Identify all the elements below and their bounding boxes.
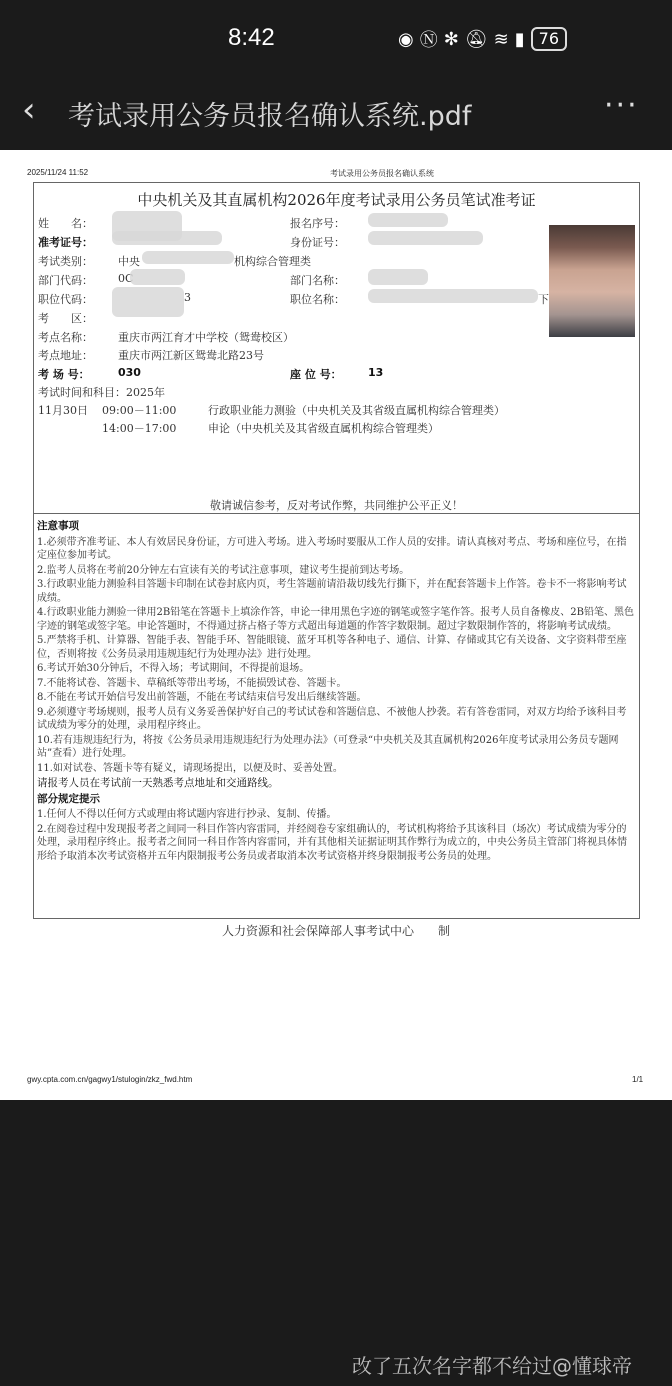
clock: 8:42 xyxy=(228,24,275,52)
notices-box: 注意事项 1.必须带齐准考证、本人有效居民身份证，方可进入考场。进入考场时要服从… xyxy=(33,513,640,919)
redacted-post-name xyxy=(368,289,538,303)
candidate-photo xyxy=(549,225,635,337)
address-label: 考点地址： xyxy=(38,347,93,363)
wifi-icon: ≋ xyxy=(494,29,509,50)
rule-item: 2.在阅卷过程中发现报考者之间同一科目作答内容雷同，并经阅卷专家组确认的，考试机… xyxy=(37,823,635,864)
note-item: 10.若有违规违纪行为，将按《公务员录用违规违纪行为处理办法》（可登录“中央机关… xyxy=(37,734,635,761)
redacted-id xyxy=(368,231,483,245)
post-code-label: 职位代码： xyxy=(38,291,93,307)
area-label: 考 区： xyxy=(38,310,93,326)
note-item: 8.不能在考试开始信号发出前答题，不能在考试结束信号发出后继续答题。 xyxy=(37,691,635,705)
pdf-page[interactable]: 2025/11/24 11:52 考试录用公务员报名确认系统 中央机关及其直属机… xyxy=(0,150,672,1100)
slot1-subject: 行政职业能力测验（中央机关及其省级直属机构综合管理类） xyxy=(208,402,505,418)
redacted-reg-no xyxy=(368,213,448,227)
issuer: 人力资源和社会保障部人事考试中心 制 xyxy=(0,922,672,939)
slot1-time: 09:00－11:00 xyxy=(102,402,176,418)
status-bar: 8:42 ◉ Ⓝ ✻ 🔕︎ ≋ ▮ 76 xyxy=(0,0,672,80)
note-item: 11.如对试卷、答题卡等有疑义，请现场提出，以便及时、妥善处置。 xyxy=(37,762,635,776)
file-title: 考试录用公务员报名确认系统.pdf xyxy=(68,94,471,133)
category-value-b: 机构综合管理类 xyxy=(234,253,311,269)
nfc-icon: Ⓝ xyxy=(420,26,438,52)
status-icons: ◉ Ⓝ ✻ 🔕︎ ≋ ▮ 76 xyxy=(398,26,567,52)
print-date: 2025/11/24 11:52 xyxy=(27,168,88,177)
signal-5g-icon: ▮ xyxy=(515,29,525,50)
battery-icon: 76 xyxy=(531,27,567,51)
category-value-a: 中央 xyxy=(118,253,140,269)
back-button[interactable]: ‹ xyxy=(22,90,36,130)
watermark: 改了五次名字都不给过@懂球帝 xyxy=(352,1350,632,1379)
id-label: 身份证号： xyxy=(290,234,345,250)
category-label: 考试类别： xyxy=(38,253,93,269)
exam-date: 11月30日 xyxy=(38,402,88,418)
post-name-label: 职位名称： xyxy=(290,291,345,307)
room-label: 考 场 号： xyxy=(38,366,90,382)
ticket-no-label: 准考证号： xyxy=(38,234,93,250)
name-label: 姓 名： xyxy=(38,215,93,231)
seat-value: 13 xyxy=(368,366,383,379)
redacted-dept-name xyxy=(368,269,428,285)
seat-label: 座 位 号： xyxy=(290,366,342,382)
bluetooth-icon: ✻ xyxy=(444,29,459,50)
redacted-post-code xyxy=(112,287,184,317)
integrity-slogan: 敬请诚信参考，反对考试作弊，共同维护公平正义！ xyxy=(34,497,639,513)
note-item: 4.行政职业能力测验一律用2B铅笔在答题卡上填涂作答，申论一律用黑色字迹的钢笔或… xyxy=(37,606,635,633)
redacted-ticket-no xyxy=(112,231,222,245)
room-value: 030 xyxy=(118,366,141,379)
post-name-tail: 下 xyxy=(538,291,549,307)
reg-no-label: 报名序号： xyxy=(290,215,345,231)
rule-item: 1.任何人不得以任何方式或理由将试题内容进行抄录、复制、传播。 xyxy=(37,808,635,822)
dept-code-label: 部门代码： xyxy=(38,272,93,288)
redacted-category xyxy=(142,251,234,264)
reminder: 请报考人员在考试前一天熟悉考点地址和交通路线。 xyxy=(37,777,635,791)
more-options-button[interactable]: ··· xyxy=(604,88,639,123)
post-code-value: 3 xyxy=(184,291,191,304)
page-number: 1/1 xyxy=(632,1075,643,1084)
site-label: 考点名称： xyxy=(38,329,93,345)
address-value: 重庆市两江新区鸳鸯北路23号 xyxy=(118,347,264,363)
notes-heading: 注意事项 xyxy=(37,520,635,534)
note-item: 7.不能将试卷、答题卡、草稿纸等带出考场，不能损毁试卷、答题卡。 xyxy=(37,677,635,691)
app-bar: ‹ 考试录用公务员报名确认系统.pdf ··· xyxy=(0,80,672,148)
slot2-time: 14:00－17:00 xyxy=(102,420,176,436)
admission-ticket-box: 中央机关及其直属机构2026年度考试录用公务员笔试准考证 姓 名： 报名序号： … xyxy=(33,182,640,514)
notices: 注意事项 1.必须带齐准考证、本人有效居民身份证，方可进入考场。进入考场时要服从… xyxy=(37,518,635,864)
redacted-dept-code xyxy=(130,269,185,285)
slot2-subject: 申论（中央机关及其省级直属机构综合管理类） xyxy=(208,420,439,436)
dept-name-label: 部门名称： xyxy=(290,272,345,288)
ticket-title: 中央机关及其直属机构2026年度考试录用公务员笔试准考证 xyxy=(34,189,639,210)
schedule-label: 考试时间和科目：2025年 xyxy=(38,384,165,400)
rules-heading: 部分规定提示 xyxy=(37,793,635,807)
mute-icon: 🔕︎ xyxy=(465,29,488,50)
eye-icon: ◉ xyxy=(398,29,414,50)
note-item: 3.行政职业能力测验科目答题卡印制在试卷封底内页，考生答题前请沿裁切线先行撕下，… xyxy=(37,578,635,605)
note-item: 6.考试开始30分钟后，不得入场；考试期间，不得提前退场。 xyxy=(37,662,635,676)
note-item: 1.必须带齐准考证、本人有效居民身份证，方可进入考场。进入考场时要服从工作人员的… xyxy=(37,536,635,563)
note-item: 5.严禁将手机、计算器、智能手表、智能手环、智能眼镜、蓝牙耳机等各种电子、通信、… xyxy=(37,634,635,661)
print-header-title: 考试录用公务员报名确认系统 xyxy=(330,168,434,179)
note-item: 2.监考人员将在考前20分钟左右宣读有关的考试注意事项，建议考生提前到达考场。 xyxy=(37,564,635,578)
site-value: 重庆市两江育才中学校（鸳鸯校区） xyxy=(118,329,294,345)
footer-url: gwy.cpta.com.cn/gagwy1/stulogin/zkz_fwd.… xyxy=(27,1075,192,1084)
note-item: 9.必须遵守考场规则，报考人员有义务妥善保护好自己的考试试卷和答题信息、不被他人… xyxy=(37,706,635,733)
